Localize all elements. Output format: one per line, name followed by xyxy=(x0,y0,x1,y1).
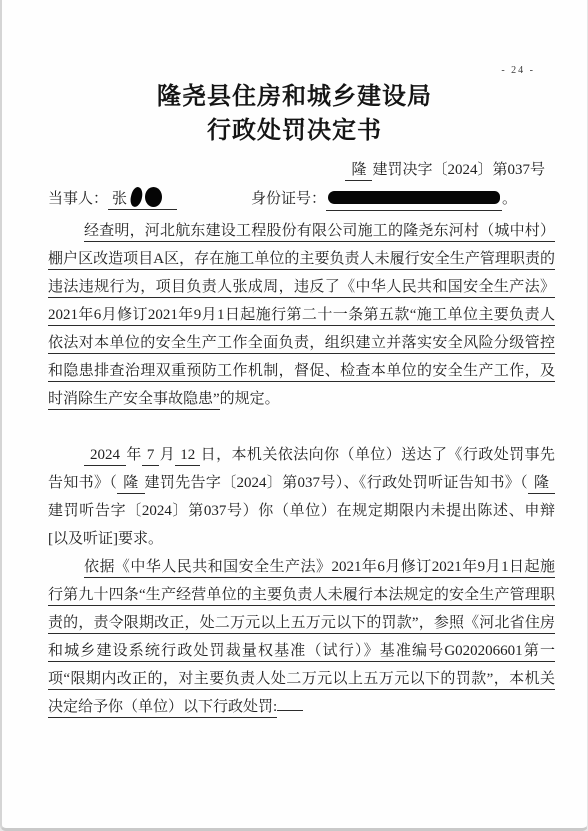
redaction-bar xyxy=(328,191,500,204)
findings-underlined-text: 经查明，河北航东建设工程股份有限公司施工的隆尧东河村（城中村）棚户区改造项目A区… xyxy=(48,223,555,410)
party-label: 当事人： xyxy=(48,191,108,207)
issuing-authority: 隆尧县住房和城乡建设局 xyxy=(2,80,587,114)
blank-day: 12 xyxy=(175,447,200,466)
scanned-document-page: - 24 - 隆尧县住房和城乡建设局 行政处罚决定书 隆建罚决字〔2024〕第0… xyxy=(0,0,588,831)
party-name-visible: 张 xyxy=(112,191,127,207)
document-title: 隆尧县住房和城乡建设局 行政处罚决定书 xyxy=(2,80,587,148)
redaction-blob xyxy=(145,187,162,207)
blank-prefix-2: 隆 xyxy=(528,475,555,494)
party-name-redacted: 张 xyxy=(108,191,177,210)
month-label: 月 xyxy=(159,447,175,463)
id-label: 身份证号： xyxy=(251,191,326,207)
party-line: 当事人：张身份证号：。 xyxy=(48,185,555,213)
document-body: 当事人：张身份证号：。 经查明，河北航东建设工程股份有限公司施工的隆尧东河村（城… xyxy=(48,185,555,721)
doc-number-blank-prefix: 隆 xyxy=(345,162,372,181)
year-label: 年 xyxy=(126,447,142,463)
blank-year: 2024 xyxy=(84,447,126,466)
document-number-line: 隆建罚决字〔2024〕第037号 xyxy=(345,158,545,179)
notification-text-2: 建罚先告字〔2024〕第037号）、《行政处罚听证告知书》（ xyxy=(145,475,528,491)
paragraph-decision: 依据《中华人民共和国安全生产法》2021年6月修订2021年9月1日起施行第九十… xyxy=(48,553,555,721)
trailing-blank-underline xyxy=(277,696,303,711)
page-number: - 24 - xyxy=(501,65,535,76)
paragraph-notification: 2024年7月12日，本机关依法向你（单位）送达了《行政处罚事先告知书》（隆建罚… xyxy=(48,441,555,553)
blank-month: 7 xyxy=(142,447,160,466)
blank-prefix-1: 隆 xyxy=(117,475,144,494)
notification-text-3: 建罚听告字〔2024〕第037号）你（单位）在规定期限内未提出陈述、申辩[以及听… xyxy=(48,503,555,547)
findings-tail-text: 的规定。 xyxy=(220,391,280,407)
paragraph-findings: 经查明，河北航东建设工程股份有限公司施工的隆尧东河村（城中村）棚户区改造项目A区… xyxy=(48,217,555,413)
id-number-redacted xyxy=(326,191,502,211)
document-type: 行政处罚决定书 xyxy=(2,114,587,148)
party-line-period: 。 xyxy=(502,191,517,207)
redaction-blob xyxy=(129,186,145,208)
decision-underlined-text: 依据《中华人民共和国安全生产法》2021年6月修订2021年9月1日起施行第九十… xyxy=(48,559,555,718)
doc-number-text: 建罚决字〔2024〕第037号 xyxy=(372,162,545,178)
